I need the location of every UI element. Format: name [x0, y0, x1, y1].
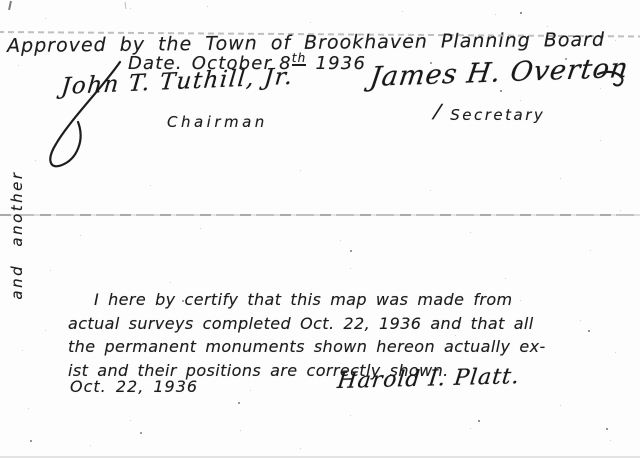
certification-line-3: the permanent monuments shown hereon act…: [68, 335, 508, 359]
secretary-title-row: /Secretary: [434, 101, 545, 125]
chairman-signature: John T. Tuthill, Jr.: [60, 64, 295, 100]
middle-rule-line: [0, 214, 640, 216]
chairman-title: Chairman: [167, 113, 268, 131]
secretary-title: Secretary: [450, 106, 545, 124]
certification-date: Oct. 22, 1936: [70, 377, 198, 396]
scanned-document-page: Approved by the Town of Brookhaven Plann…: [0, 0, 640, 458]
secretary-signature: James H. Overton: [368, 53, 631, 93]
certification-line-2: actual surveys completed Oct. 22, 1936 a…: [68, 312, 508, 336]
certification-line-1: I here by certify that this map was made…: [68, 288, 508, 312]
scan-mark: [125, 2, 127, 9]
approval-date-year: 1936: [315, 53, 366, 74]
scan-mark: [8, 1, 12, 10]
surveyor-signature: Harold I. Platt.: [336, 364, 521, 394]
secretary-slash-mark: /: [433, 99, 445, 124]
margin-note: and another: [8, 151, 26, 319]
scan-noise-dark: [0, 0, 2, 2]
